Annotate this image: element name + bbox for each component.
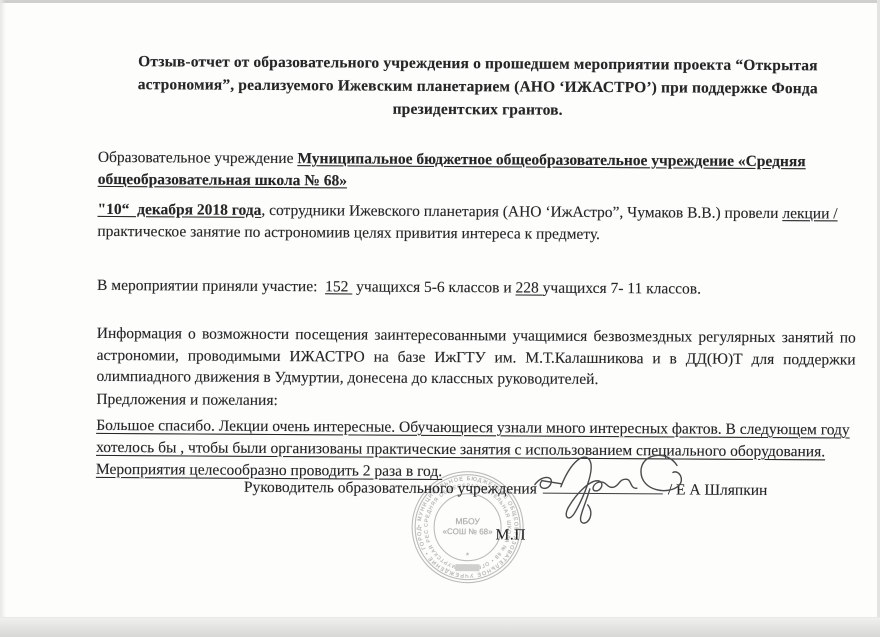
suggestions-label: Предложения и пожелания: [96, 388, 855, 415]
participation-count-2: 228 [516, 279, 543, 296]
participation-line: В мероприятии приняли участие: 152 учащи… [97, 275, 856, 302]
stamp-center-line2: «СОШ № 68» [443, 527, 494, 536]
participation-text-a: В мероприятии приняли участие: [97, 277, 325, 295]
stamp-center-line1: МБОУ [455, 516, 480, 526]
scanned-report-page: • МУНИЦИПАЛЬНОЕ БЮДЖЕТНОЕ ОБЩЕОБРАЗОВАТЕ… [0, 0, 880, 637]
stamp-star-glyph: * [466, 551, 469, 560]
participation-text-b: учащихся 5-6 классов и [352, 278, 515, 296]
institution-line: Образовательное учреждение Муниципальное… [98, 147, 857, 196]
scan-edge-top [0, 0, 880, 3]
feedback-text: Большое спасибо. Лекции очень интересные… [96, 416, 850, 479]
document-content: • МУНИЦИПАЛЬНОЕ БЮДЖЕТНОЕ ОБЩЕОБРАЗОВАТЕ… [0, 0, 880, 637]
signature-stroke-flourish [641, 455, 682, 491]
event-lectures: лекции / [782, 205, 837, 222]
event-continuation: практическое занятие по астрономиив целя… [97, 223, 600, 243]
participation-text-c: учащихся 7- 11 классов. [543, 280, 701, 298]
signature-label: Руководитель образовательного учреждения [244, 479, 537, 498]
feedback-paragraph: Большое спасибо. Лекции очень интересные… [96, 414, 855, 485]
signature-scribble [527, 447, 714, 532]
info-paragraph: Информация о возможности посещения заинт… [96, 323, 855, 392]
stamp-bottom-block [455, 564, 479, 571]
scan-edge-bottom [0, 617, 880, 637]
event-date: "10“ декабря 2018 года [97, 201, 261, 219]
scan-edge-left [0, 0, 6, 637]
signature-stroke-descender [580, 489, 591, 523]
document-title: Отзыв-отчет от образовательного учрежден… [98, 50, 857, 124]
institution-label: Образовательное учреждение [98, 149, 298, 167]
signature-stroke-initial [535, 477, 561, 488]
seal-mark: М.П [495, 524, 525, 546]
event-line: "10“ декабря 2018 года, сотрудники Ижевс… [97, 199, 856, 248]
signature-stroke-main [561, 457, 637, 518]
participation-count-1: 152 [325, 278, 352, 295]
event-text: , сотрудники Ижевского планетария (АНО ‘… [261, 202, 782, 222]
